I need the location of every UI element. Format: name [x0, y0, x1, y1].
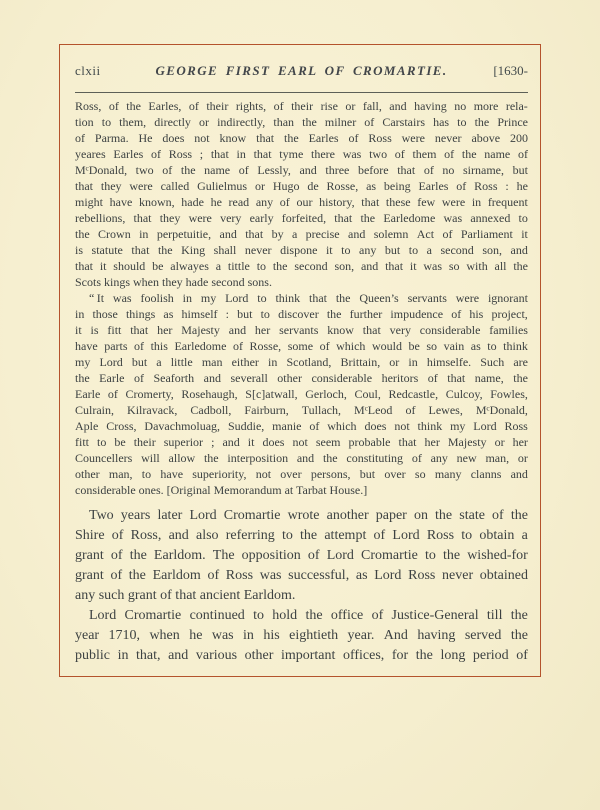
text-line: theCrowninperpetuitie,andthatbyaprecisea… [75, 226, 528, 242]
text-line: rebellions,thattheywereveryearlyforfeite… [75, 210, 528, 226]
page-content: clxii GEORGE FIRST EARL OF CROMARTIE. [1… [60, 45, 540, 666]
text-line: ofParma.HedoesnotknowthattheEarlesofRoss… [75, 130, 528, 146]
text-line: otherman,tohavesuperiority,notoverperson… [75, 466, 528, 482]
text-line: Councellerswillallowtheinterpositionandt… [75, 450, 528, 466]
paragraph-narrative-1: TwoyearslaterLordCromartiewroteanotherpa… [75, 506, 528, 606]
text-line: tiontothem,directlyorindirectly,thanthem… [75, 114, 528, 130]
book-page: clxii GEORGE FIRST EARL OF CROMARTIE. [1… [0, 0, 600, 810]
text-line: itisfittthatherMajestyandherservantsknow… [75, 322, 528, 338]
text-line: theEarleofSeaforthandseverallotherconsid… [75, 370, 528, 386]
text-line: publicinthat,andvariousotherimportantoff… [75, 646, 528, 666]
header-year-marker: [1630- [458, 63, 528, 79]
page-header: clxii GEORGE FIRST EARL OF CROMARTIE. [1… [75, 63, 528, 79]
text-line: year1710,whenhewasinhiseightiethyear.And… [75, 626, 528, 646]
text-line: considerable ones. [Original Memorandum … [75, 482, 528, 498]
text-line: fitttobetheirsuperior;anditdoesnotseempr… [75, 434, 528, 450]
text-line: mighthaveknown,hadehereadanyofourhistory… [75, 194, 528, 210]
text-line: EarleofCromerty,Rosehaugh,S[c]atwall,Ger… [75, 386, 528, 402]
text-line: TwoyearslaterLordCromartiewroteanotherpa… [75, 506, 528, 526]
text-line: “ ItwasfoolishinmyLordtothinkthattheQuee… [75, 290, 528, 306]
header-rule [75, 92, 528, 93]
text-line: isstatutethattheKingshallneverdisponeitt… [75, 242, 528, 258]
page-number: clxii [75, 63, 145, 79]
text-line: inthosethingsashimself:buttodiscoverthef… [75, 306, 528, 322]
page-title: GEORGE FIRST EARL OF CROMARTIE. [145, 63, 458, 79]
text-line: LordCromartiecontinuedtoholdtheofficeofJ… [75, 606, 528, 626]
text-line: Scots kings when they hade second sons. [75, 274, 528, 290]
text-line: thatitshouldbealwayesatittletotheseconds… [75, 258, 528, 274]
text-line: havepartsofthisEarledomeofRosse,someofwh… [75, 338, 528, 354]
text-line: Ross,oftheEarles,oftheirrights,oftheirri… [75, 98, 528, 114]
paragraph-narrative-2: LordCromartiecontinuedtoholdtheofficeofJ… [75, 606, 528, 666]
text-line: MᶜDonald,twoofthenameofLessly,andthreebe… [75, 162, 528, 178]
body-text: Ross,oftheEarles,oftheirrights,oftheirri… [75, 98, 528, 666]
text-line: grantoftheEarldom.TheoppositionofLordCro… [75, 546, 528, 566]
paragraph-quoted-memorandum: “ ItwasfoolishinmyLordtothinkthattheQuee… [75, 290, 528, 498]
text-line: thattheywerecalledGulielmusorHugodeRosse… [75, 178, 528, 194]
text-line: ShireofRoss,andalsoreferringtotheattempt… [75, 526, 528, 546]
paragraph-continuation: Ross,oftheEarles,oftheirrights,oftheirri… [75, 98, 528, 290]
text-line: yearesEarlesofRoss;thatinthattymetherewa… [75, 146, 528, 162]
text-line: Culrain,Kilravack,Cadboll,Fairburn,Tulla… [75, 402, 528, 418]
page-frame: clxii GEORGE FIRST EARL OF CROMARTIE. [1… [59, 44, 541, 677]
text-line: ApleCross,Davachmoluag,Suddie,manieofwhi… [75, 418, 528, 434]
text-line: grantoftheEarldomofRosswassuccessful,asL… [75, 566, 528, 586]
text-line: any such grant of that ancient Earldom. [75, 586, 528, 606]
text-line: myLordbutalittlemaneitherinScotland,Brit… [75, 354, 528, 370]
